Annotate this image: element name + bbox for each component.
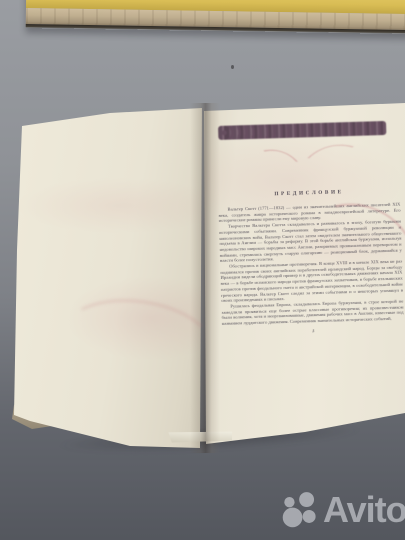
right-page-content: ПРЕДИСЛОВИЕ Вальтер Скотт (1771—1832) — … xyxy=(216,121,404,337)
left-blank-page xyxy=(10,100,210,452)
avito-watermark: Avito xyxy=(282,492,405,528)
preface-heading: ПРЕДИСЛОВИЕ xyxy=(218,188,400,199)
open-book: ПРЕДИСЛОВИЕ Вальтер Скотт (1771—1832) — … xyxy=(0,0,405,540)
book-photo-scene: ПРЕДИСЛОВИЕ Вальтер Скотт (1771—1832) — … xyxy=(0,0,405,540)
preface-paragraph: Рушилась феодальная Европа, складывалась… xyxy=(221,298,404,326)
avito-logo-icon xyxy=(282,492,318,528)
book-gutter-shadow xyxy=(190,103,220,453)
preface-paragraph: Обострялись и национальные противоречия.… xyxy=(220,259,403,304)
preface-paragraph: Творчество Вальтера Скотта складывалось … xyxy=(219,219,402,264)
preface-body: Вальтер Скотт (1771—1832) — один из знач… xyxy=(218,202,403,327)
avito-watermark-label: Avito xyxy=(323,492,405,528)
